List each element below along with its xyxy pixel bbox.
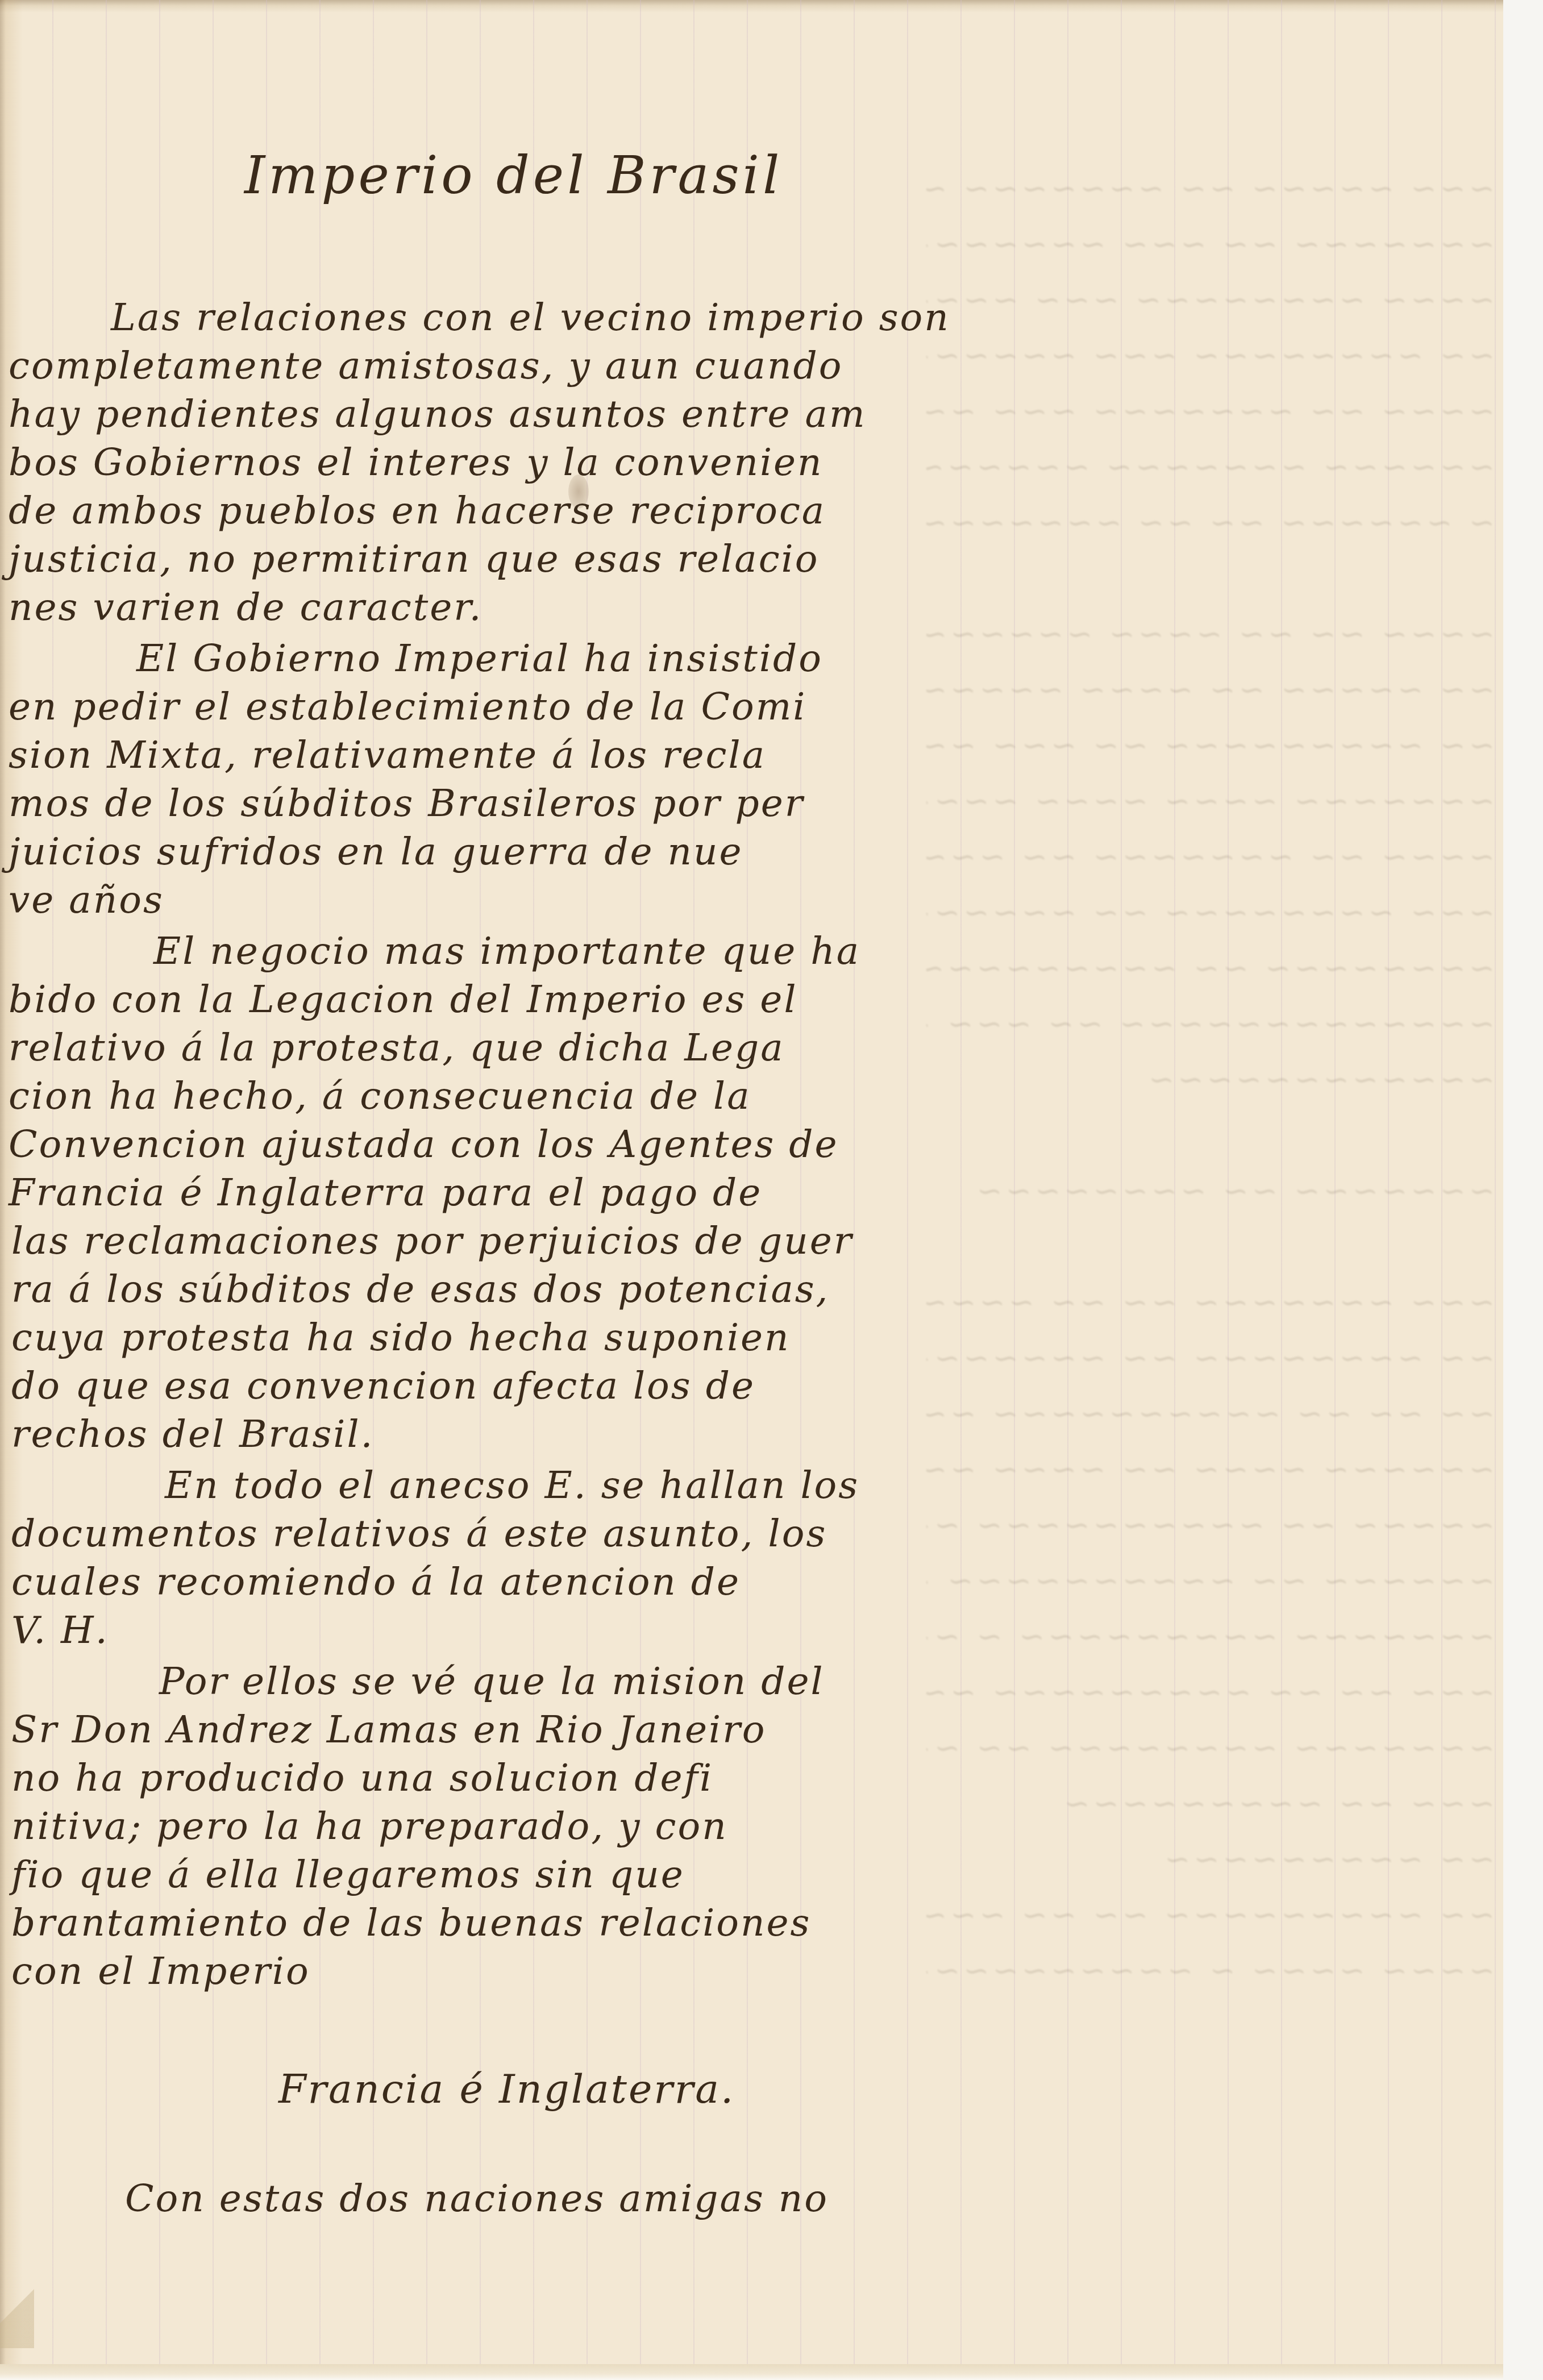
text-line: El negocio mas importante que ha — [153, 929, 860, 973]
text-line: Con estas dos naciones amigas no — [125, 2177, 829, 2220]
text-line: mos de los súbditos Brasileros por per — [9, 781, 804, 825]
text-line: ra á los súbditos de esas dos potencias, — [11, 1267, 830, 1311]
text-line: cion ha hecho, á consecuencia de la — [9, 1074, 751, 1118]
text-line: cuya protesta ha sido hecha suponien — [11, 1316, 791, 1359]
text-line: do que esa convencion afecta los de — [11, 1364, 755, 1408]
text-line: ve años — [9, 878, 164, 922]
text-line: Por ellos se vé que la mision del — [159, 1659, 825, 1703]
text-line: bos Gobiernos el interes y la convenien — [9, 440, 824, 484]
text-line: Convencion ajustada con los Agentes de — [9, 1122, 839, 1166]
text-line: En todo el anecso E. se hallan los — [165, 1463, 859, 1507]
text-line: Sr Don Andrez Lamas en Rio Janeiro — [11, 1708, 766, 1751]
text-line: brantamiento de las buenas relaciones — [11, 1901, 811, 1945]
manuscript-page: ~~~ ~~~~~ ~~ ~~~~~~~ ~~~~~ ~~~~~~~ ~~ ~~… — [0, 0, 1503, 2364]
page-bottom-edge — [0, 2364, 1503, 2380]
text-line: las reclamaciones por perjuicios de guer — [11, 1219, 853, 1263]
text-line: Las relaciones con el vecino imperio son — [111, 296, 950, 339]
text-line: nitiva; pero la ha preparado, y con — [11, 1804, 728, 1848]
text-line: documentos relativos á este asunto, los — [11, 1512, 827, 1555]
text-line: bido con la Legacion del Imperio es el — [9, 977, 798, 1021]
text-line: hay pendientes algunos asuntos entre am — [9, 392, 867, 436]
text-line: sion Mixta, relativamente á los recla — [9, 733, 766, 777]
scan-background-strip — [1503, 0, 1543, 2380]
text-line: justicia, no permitiran que esas relacio — [9, 537, 819, 581]
bleed-through-text: ~~~ ~~~~~ ~~ ~~~~~~~ ~~~~~ ~~~~~~~ ~~ ~~… — [926, 170, 1495, 2273]
page-corner — [0, 2263, 34, 2348]
text-line: en pedir el establecimiento de la Comi — [9, 685, 806, 729]
text-line: juicios sufridos en la guerra de nue — [9, 830, 743, 873]
text-line: no ha producido una solucion defi — [11, 1756, 713, 1800]
text-line: nes varien de caracter. — [9, 585, 483, 629]
text-line: relativo á la protesta, que dicha Lega — [9, 1026, 785, 1070]
text-line: fio que á ella llegaremos sin que — [11, 1853, 685, 1896]
text-line: El Gobierno Imperial ha insistido — [136, 636, 823, 680]
text-line: Francia é Inglaterra para el pago de — [9, 1171, 762, 1214]
page-title: Imperio del Brasil — [244, 145, 783, 206]
text-line: V. H. — [11, 1608, 109, 1652]
text-line: completamente amistosas, y aun cuando — [9, 344, 843, 388]
text-line: rechos del Brasil. — [11, 1412, 375, 1456]
text-line: con el Imperio — [11, 1949, 310, 1993]
text-line: de ambos pueblos en hacerse reciproca — [9, 489, 826, 532]
section-heading: Francia é Inglaterra. — [278, 2066, 735, 2112]
text-line: cuales recomiendo á la atencion de — [11, 1560, 741, 1604]
